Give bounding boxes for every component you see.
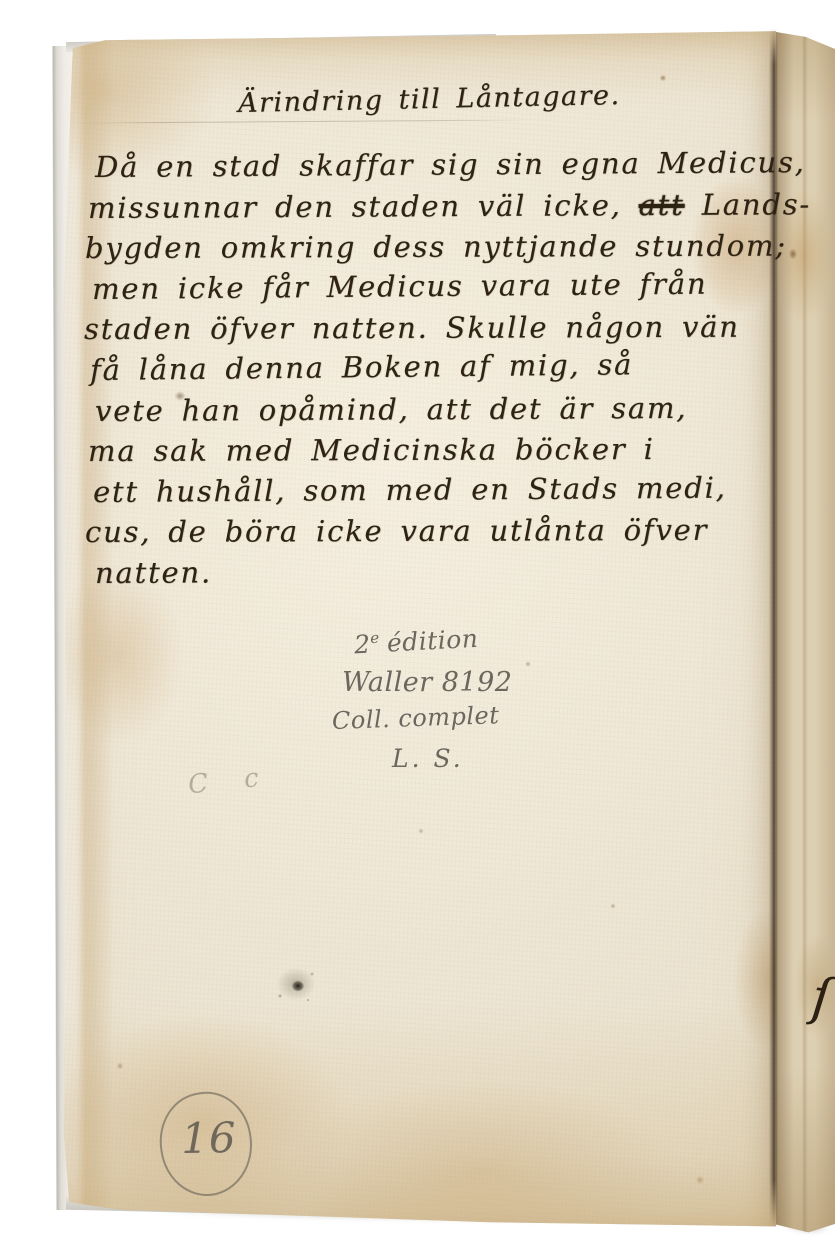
manuscript-line: Då en stad skaffar sig sin egna Medicus, xyxy=(95,142,784,187)
manuscript-line: missunnar den staden väl icke, att Lands… xyxy=(88,184,784,228)
pencil-annotations: 2eédition Waller 8192 Coll. complet L. S… xyxy=(330,620,512,778)
line-text: Lands- xyxy=(685,187,811,222)
manuscript-line: men icke får Medicus vara ute från xyxy=(92,263,784,310)
strikethrough-word: att xyxy=(639,187,685,221)
edition-ordinal-suffix: e xyxy=(370,629,380,647)
manuscript-line: ma sak med Medicinska böcker i xyxy=(88,429,784,472)
ink-blot xyxy=(268,958,324,1010)
edition-word: édition xyxy=(386,624,479,658)
pencil-initials: L. S. xyxy=(392,740,512,778)
manuscript-photo: Ärindring till Låntagare. Då en stad ska… xyxy=(0,0,835,1260)
manuscript-line: cus, de böra icke vara utlånta öfver xyxy=(85,510,784,553)
pencil-collation-note: Coll. complet xyxy=(331,696,513,740)
manuscript-body: Då en stad skaffar sig sin egna Medicus,… xyxy=(84,147,784,594)
manuscript-line: få låna denna Boken af mig, så xyxy=(90,343,784,391)
collection-stamp-number: 16 xyxy=(181,1113,237,1163)
manuscript-line: bygden omkring dess nyttjande stundom; xyxy=(85,226,784,269)
manuscript-line: ett hushåll, som med en Stads medi, xyxy=(93,467,784,512)
line-text: missunnar den staden väl icke, xyxy=(88,188,639,225)
pencil-edition-note: 2eédition xyxy=(353,612,514,665)
manuscript-line: natten. xyxy=(95,549,784,593)
manuscript-line: vete han opåmind, att det är sam, xyxy=(95,387,784,431)
